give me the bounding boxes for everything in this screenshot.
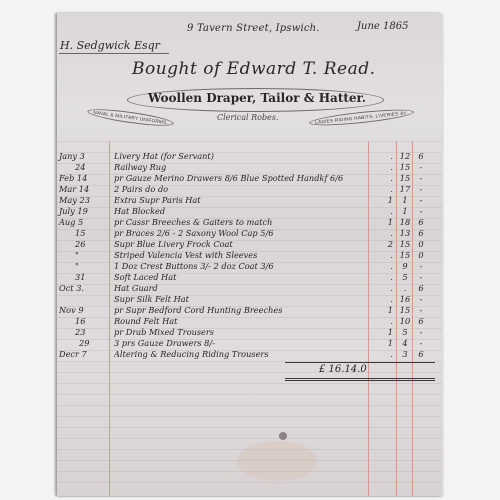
item-pence: 6 <box>413 283 429 294</box>
item-pounds: . <box>369 283 393 294</box>
item-shillings: 17 <box>397 184 413 195</box>
item-shillings: 3 <box>397 349 413 360</box>
item-pounds: . <box>369 228 393 239</box>
item-shillings: 1 <box>397 195 413 206</box>
address: 9 Tavern Street, Ipswich. <box>187 23 320 34</box>
item-description: Railway Rug <box>114 162 369 173</box>
item-description: 2 Pairs do do <box>114 184 369 195</box>
invoice-total: £ 16.14.0 <box>319 364 367 375</box>
item-pounds: . <box>369 316 393 327</box>
item-description: Supr Blue Livery Frock Coat <box>114 239 369 250</box>
item-description: pr Drab Mixed Trousers <box>114 327 369 338</box>
line-item: 16 Round Felt Hat . 10 6 <box>57 316 442 327</box>
line-item: 24 Railway Rug . 15 - <box>57 162 442 173</box>
line-item: Oct 3. Hat Guard . . 6 <box>57 283 442 294</box>
item-pence: 6 <box>413 228 429 239</box>
ruling-line <box>57 482 442 483</box>
ink-spot <box>279 432 287 440</box>
total-double-rule <box>285 378 435 379</box>
item-pounds: 1 <box>369 327 393 338</box>
item-shillings: 15 <box>397 173 413 184</box>
line-item: 29 3 prs Gauze Drawers 8/- 1 4 - <box>57 338 442 349</box>
ruling-line <box>57 141 442 142</box>
item-shillings: 5 <box>397 327 413 338</box>
ruling-line <box>57 416 442 417</box>
line-item: " Striped Valencia Vest with Sleeves . 1… <box>57 250 442 261</box>
item-description: Round Felt Hat <box>114 316 369 327</box>
item-date: Nov 9 <box>59 305 107 316</box>
item-pounds: . <box>369 162 393 173</box>
foxing-stain <box>237 441 317 481</box>
invoice-date: June 1865 <box>357 21 408 32</box>
item-pounds: . <box>369 261 393 272</box>
item-description: pr Supr Bedford Cord Hunting Breeches <box>114 305 369 316</box>
ruling-line <box>57 383 442 384</box>
clerical-robes-text: Clerical Robes. <box>217 113 279 122</box>
item-description: Supr Silk Felt Hat <box>114 294 369 305</box>
item-pence: 6 <box>413 217 429 228</box>
item-pence: 0 <box>413 250 429 261</box>
invoice-paper: 9 Tavern Street, Ipswich. June 1865 H. S… <box>57 13 442 496</box>
line-item: Nov 9 pr Supr Bedford Cord Hunting Breec… <box>57 305 442 316</box>
item-description: Hat Guard <box>114 283 369 294</box>
item-pence: - <box>413 327 429 338</box>
item-description: Altering & Reducing Riding Trousers <box>114 349 369 360</box>
item-shillings: 15 <box>397 162 413 173</box>
line-item: 26 Supr Blue Livery Frock Coat 2 15 0 <box>57 239 442 250</box>
item-description: pr Cassr Breeches & Gaiters to match <box>114 217 369 228</box>
line-item: July 19 Hat Blocked . 1 - <box>57 206 442 217</box>
line-item: Supr Silk Felt Hat . 16 - <box>57 294 442 305</box>
item-description: Striped Valencia Vest with Sleeves <box>114 250 369 261</box>
item-date: Mar 14 <box>59 184 107 195</box>
trade-description: Woollen Draper, Tailor & Hatter. <box>142 91 372 105</box>
item-shillings: 9 <box>397 261 413 272</box>
item-description: Hat Blocked <box>114 206 369 217</box>
item-shillings: 10 <box>397 316 413 327</box>
line-item: 31 Soft Laced Hat . 5 - <box>57 272 442 283</box>
line-item: 15 pr Braces 2/6 - 2 Saxony Wool Cap 5/6… <box>57 228 442 239</box>
item-pence: - <box>413 338 429 349</box>
item-pence: 0 <box>413 239 429 250</box>
customer-underline <box>59 53 169 54</box>
item-pence: 6 <box>413 151 429 162</box>
item-pounds: 1 <box>369 338 393 349</box>
ruling-line <box>57 438 442 439</box>
item-description: Extra Supr Paris Hat <box>114 195 369 206</box>
item-pence: - <box>413 195 429 206</box>
naval-military-banner: NAVAL & MILITARY UNIFORMS. <box>87 106 175 129</box>
item-pence: 6 <box>413 349 429 360</box>
item-shillings: 5 <box>397 272 413 283</box>
item-shillings: 15 <box>397 250 413 261</box>
item-shillings: 13 <box>397 228 413 239</box>
item-shillings: 18 <box>397 217 413 228</box>
item-pounds: 1 <box>369 195 393 206</box>
item-pence: - <box>413 173 429 184</box>
item-pence: - <box>413 184 429 195</box>
item-date: Decr 7 <box>59 349 107 360</box>
item-description: 1 Doz Crest Buttons 3/- 2 doz Coat 3/6 <box>114 261 369 272</box>
item-shillings: 4 <box>397 338 413 349</box>
item-pounds: 1 <box>369 217 393 228</box>
item-pounds: . <box>369 294 393 305</box>
item-date: May 23 <box>59 195 107 206</box>
ruling-line <box>57 405 442 406</box>
ruling-line <box>57 394 442 395</box>
item-date: Feb 14 <box>59 173 107 184</box>
line-item: Decr 7 Altering & Reducing Riding Trouse… <box>57 349 442 360</box>
item-date: Aug 5 <box>59 217 107 228</box>
item-description: Soft Laced Hat <box>114 272 369 283</box>
item-date: July 19 <box>59 206 107 217</box>
item-date: Oct 3. <box>59 283 107 294</box>
item-pence: 6 <box>413 316 429 327</box>
item-description: pr Gauze Merino Drawers 8/6 Blue Spotted… <box>114 173 369 184</box>
total-double-rule <box>285 380 435 381</box>
line-item: Mar 14 2 Pairs do do . 17 - <box>57 184 442 195</box>
item-shillings: 16 <box>397 294 413 305</box>
item-shillings: 15 <box>397 239 413 250</box>
item-pounds: . <box>369 184 393 195</box>
merchant-name: Bought of Edward T. Read. <box>132 59 432 79</box>
line-item: " 1 Doz Crest Buttons 3/- 2 doz Coat 3/6… <box>57 261 442 272</box>
item-pounds: . <box>369 206 393 217</box>
item-shillings: 12 <box>397 151 413 162</box>
item-pence: - <box>413 261 429 272</box>
item-description: pr Braces 2/6 - 2 Saxony Wool Cap 5/6 <box>114 228 369 239</box>
line-item: May 23 Extra Supr Paris Hat 1 1 - <box>57 195 442 206</box>
item-pounds: . <box>369 151 393 162</box>
item-shillings: . <box>397 283 413 294</box>
item-pence: - <box>413 305 429 316</box>
item-pounds: . <box>369 173 393 184</box>
item-pounds: . <box>369 272 393 283</box>
item-description: Livery Hat (for Servant) <box>114 151 369 162</box>
item-pounds: . <box>369 349 393 360</box>
line-item: Aug 5 pr Cassr Breeches & Gaiters to mat… <box>57 217 442 228</box>
item-pounds: . <box>369 250 393 261</box>
item-pence: - <box>413 272 429 283</box>
line-item: Feb 14 pr Gauze Merino Drawers 8/6 Blue … <box>57 173 442 184</box>
item-description: 3 prs Gauze Drawers 8/- <box>114 338 369 349</box>
ruling-line <box>57 427 442 428</box>
item-shillings: 1 <box>397 206 413 217</box>
item-pounds: 2 <box>369 239 393 250</box>
line-item: 23 pr Drab Mixed Trousers 1 5 - <box>57 327 442 338</box>
ruling-line <box>57 372 442 373</box>
line-item: Jany 3 Livery Hat (for Servant) . 12 6 <box>57 151 442 162</box>
item-date: Jany 3 <box>59 151 107 162</box>
item-shillings: 15 <box>397 305 413 316</box>
item-pence: - <box>413 162 429 173</box>
total-rule <box>285 362 435 363</box>
customer-name: H. Sedgwick Esqr <box>60 39 160 52</box>
item-pence: - <box>413 206 429 217</box>
item-pounds: 1 <box>369 305 393 316</box>
item-pence: - <box>413 294 429 305</box>
